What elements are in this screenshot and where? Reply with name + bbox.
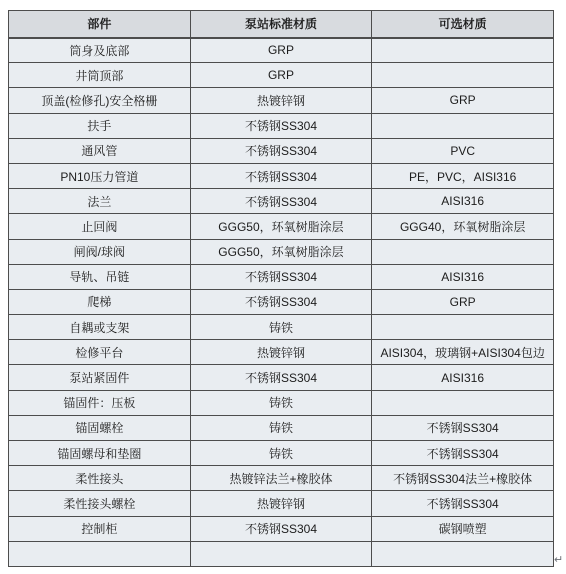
cell-part: 法兰 <box>9 189 191 214</box>
cell-part: 爬梯 <box>9 289 191 314</box>
cell-part: 筒身及底部 <box>9 38 191 63</box>
cell-part: 锚固螺母和垫圈 <box>9 441 191 466</box>
cell-standard: 铸铁 <box>190 390 372 415</box>
table-row: 止回阀GGG50，环氧树脂涂层GGG40，环氧树脂涂层 <box>9 214 554 239</box>
table-row: PN10压力管道不锈钢SS304PE，PVC，AISI316 <box>9 163 554 188</box>
cell-part: 锚固件：压板 <box>9 390 191 415</box>
cell-optional: AISI316 <box>372 264 554 289</box>
table-body: 筒身及底部GRP井筒顶部GRP顶盖(检修孔)安全格栅热镀锌钢GRP扶手不锈钢SS… <box>9 38 554 567</box>
cell-part: 锚固螺栓 <box>9 415 191 440</box>
cell-part: 扶手 <box>9 113 191 138</box>
table-row: 井筒顶部GRP <box>9 63 554 88</box>
cell-part: 顶盖(检修孔)安全格栅 <box>9 88 191 113</box>
column-header-optional-material: 可选材质 <box>372 11 554 38</box>
table-row: 扶手不锈钢SS304 <box>9 113 554 138</box>
cell-optional: AISI316 <box>372 189 554 214</box>
table-row: 控制柜不锈钢SS304碳钢喷塑 <box>9 516 554 541</box>
cell-standard: 热镀锌钢 <box>190 491 372 516</box>
cell-standard: 不锈钢SS304 <box>190 516 372 541</box>
cell-standard: GRP <box>190 63 372 88</box>
cell-optional <box>372 541 554 566</box>
table-row-partial <box>9 541 554 566</box>
cell-optional: PE，PVC，AISI316 <box>372 163 554 188</box>
cell-standard: 不锈钢SS304 <box>190 113 372 138</box>
cell-part: 控制柜 <box>9 516 191 541</box>
cell-part: 通风管 <box>9 138 191 163</box>
cell-standard: 不锈钢SS304 <box>190 138 372 163</box>
document-page: { "colors": { "header_bg": "#d8dbdf", "r… <box>0 0 566 574</box>
cell-optional <box>372 113 554 138</box>
column-header-part: 部件 <box>9 11 191 38</box>
cell-standard: GGG50，环氧树脂涂层 <box>190 214 372 239</box>
cell-part: PN10压力管道 <box>9 163 191 188</box>
cell-optional <box>372 390 554 415</box>
cell-standard: 不锈钢SS304 <box>190 189 372 214</box>
cell-standard: 热镀锌钢 <box>190 88 372 113</box>
materials-table-wrap: 部件 泵站标准材质 可选材质 筒身及底部GRP井筒顶部GRP顶盖(检修孔)安全格… <box>8 10 554 567</box>
cell-standard: 铸铁 <box>190 415 372 440</box>
cell-part: 井筒顶部 <box>9 63 191 88</box>
cell-standard: 热镀锌法兰+橡胶体 <box>190 466 372 491</box>
column-header-standard-material: 泵站标准材质 <box>190 11 372 38</box>
table-row: 锚固件：压板铸铁 <box>9 390 554 415</box>
cell-standard: 铸铁 <box>190 441 372 466</box>
cell-optional: GRP <box>372 88 554 113</box>
cell-standard: 不锈钢SS304 <box>190 163 372 188</box>
cell-optional <box>372 315 554 340</box>
cell-part: 导轨、吊链 <box>9 264 191 289</box>
cell-part <box>9 541 191 566</box>
cell-optional: 不锈钢SS304 <box>372 441 554 466</box>
cell-part: 柔性接头 <box>9 466 191 491</box>
cell-standard: 热镀锌钢 <box>190 340 372 365</box>
table-row: 爬梯不锈钢SS304GRP <box>9 289 554 314</box>
table-row: 顶盖(检修孔)安全格栅热镀锌钢GRP <box>9 88 554 113</box>
cell-part: 止回阀 <box>9 214 191 239</box>
table-row: 导轨、吊链不锈钢SS304AISI316 <box>9 264 554 289</box>
cell-standard: 不锈钢SS304 <box>190 289 372 314</box>
table-row: 闸阀/球阀GGG50，环氧树脂涂层 <box>9 239 554 264</box>
cell-part: 检修平台 <box>9 340 191 365</box>
table-row: 筒身及底部GRP <box>9 38 554 63</box>
cell-optional: 不锈钢SS304 <box>372 415 554 440</box>
cell-part: 泵站紧固件 <box>9 365 191 390</box>
cell-optional <box>372 63 554 88</box>
cell-optional: GRP <box>372 289 554 314</box>
cell-optional: 不锈钢SS304 <box>372 491 554 516</box>
cell-optional <box>372 239 554 264</box>
cell-standard: 铸铁 <box>190 315 372 340</box>
cell-optional: GGG40，环氧树脂涂层 <box>372 214 554 239</box>
cell-standard: GGG50，环氧树脂涂层 <box>190 239 372 264</box>
header-row: 部件 泵站标准材质 可选材质 <box>9 11 554 38</box>
cell-part: 柔性接头螺栓 <box>9 491 191 516</box>
cell-optional: PVC <box>372 138 554 163</box>
paragraph-return-mark: ↵ <box>554 555 563 566</box>
materials-table: 部件 泵站标准材质 可选材质 筒身及底部GRP井筒顶部GRP顶盖(检修孔)安全格… <box>8 10 554 567</box>
table-row: 检修平台热镀锌钢AISI304，玻璃钢+AISI304包边 <box>9 340 554 365</box>
cell-optional: 碳钢喷塑 <box>372 516 554 541</box>
cell-optional: 不锈钢SS304法兰+橡胶体 <box>372 466 554 491</box>
table-row: 泵站紧固件不锈钢SS304AISI316 <box>9 365 554 390</box>
cell-optional: AISI316 <box>372 365 554 390</box>
table-row: 法兰不锈钢SS304AISI316 <box>9 189 554 214</box>
table-row: 锚固螺母和垫圈铸铁不锈钢SS304 <box>9 441 554 466</box>
table-row: 柔性接头螺栓热镀锌钢不锈钢SS304 <box>9 491 554 516</box>
cell-optional <box>372 38 554 63</box>
cell-part: 自耦或支架 <box>9 315 191 340</box>
table-row: 通风管不锈钢SS304PVC <box>9 138 554 163</box>
cell-optional: AISI304，玻璃钢+AISI304包边 <box>372 340 554 365</box>
table-row: 自耦或支架铸铁 <box>9 315 554 340</box>
table-row: 柔性接头热镀锌法兰+橡胶体不锈钢SS304法兰+橡胶体 <box>9 466 554 491</box>
table-row: 锚固螺栓铸铁不锈钢SS304 <box>9 415 554 440</box>
cell-standard: GRP <box>190 38 372 63</box>
cell-standard: 不锈钢SS304 <box>190 365 372 390</box>
cell-standard: 不锈钢SS304 <box>190 264 372 289</box>
cell-standard <box>190 541 372 566</box>
table-header: 部件 泵站标准材质 可选材质 <box>9 11 554 38</box>
cell-part: 闸阀/球阀 <box>9 239 191 264</box>
